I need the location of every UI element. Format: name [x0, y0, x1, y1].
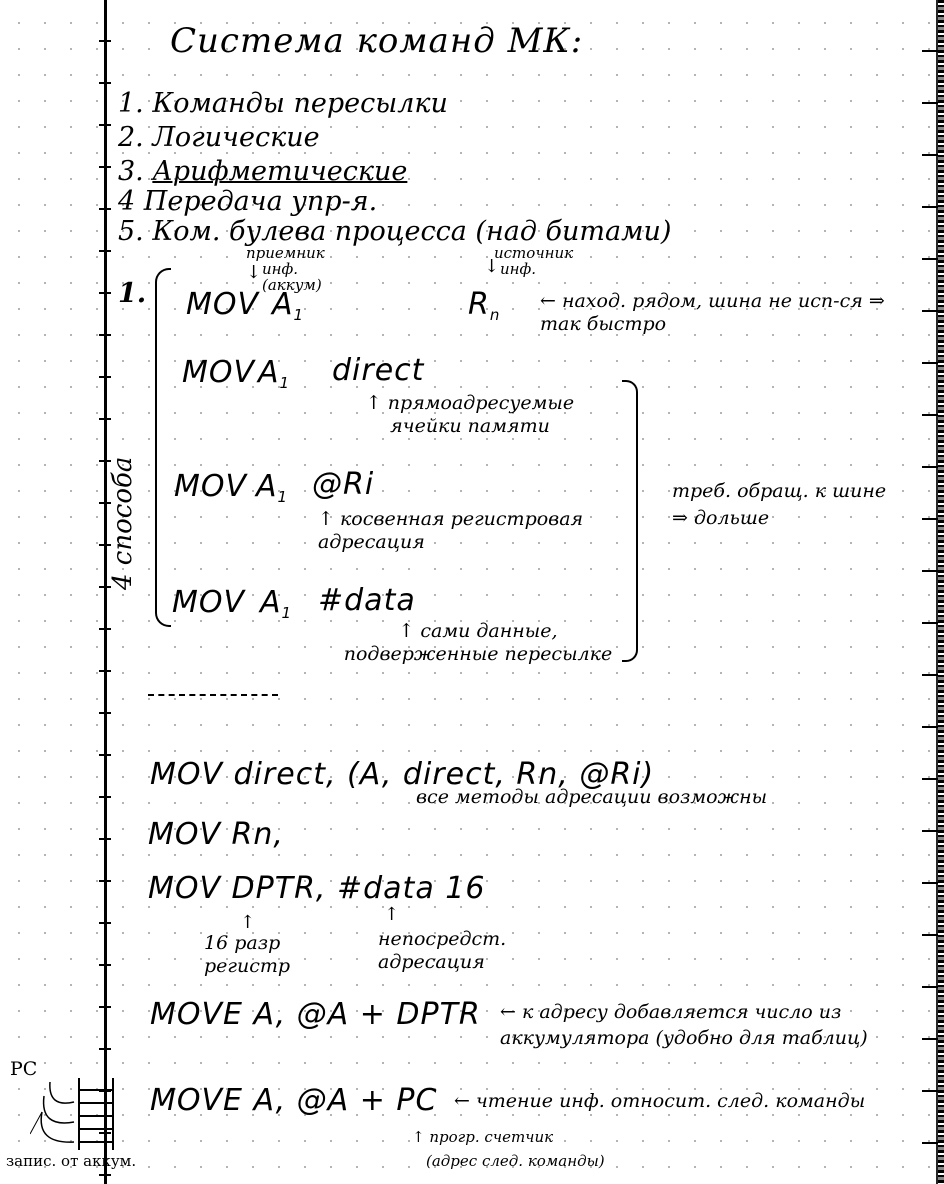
curved-arrows-icon	[30, 1082, 82, 1154]
mov-dst: A1	[258, 358, 290, 391]
code-line: MOV DPTR, #data 16	[148, 874, 485, 904]
mov-src: #data	[318, 586, 416, 616]
list-item: 2. Логические	[118, 124, 320, 151]
mov-op: MOV	[174, 472, 247, 502]
side-diagram-label: PC	[10, 1060, 37, 1079]
up-arrow-icon: ↑	[240, 914, 255, 932]
bracket-note: треб. обращ. к шине ⇒ дольше	[672, 478, 892, 531]
page-title: Система команд МК:	[170, 24, 583, 58]
mov-dst: A1	[256, 472, 288, 505]
mov-src: @Ri	[312, 470, 374, 500]
mov-op: MOV	[182, 358, 255, 388]
source-sub-label: инф.	[500, 262, 536, 277]
dashed-separator	[148, 694, 278, 696]
code-note: ← чтение инф. относит. след. команды	[454, 1092, 865, 1111]
mov-note: ↑ сами данные, подверженные пересылке	[328, 620, 628, 666]
mov-dst: A1	[260, 588, 292, 621]
code-note: ← к адресу добавляется число из аккумуля…	[500, 1000, 880, 1051]
down-arrow-icon: ↓	[246, 264, 261, 282]
up-arrow-icon: ↑	[384, 906, 399, 924]
mov-src: direct	[332, 356, 424, 386]
list-item: 4 Передача упр-я.	[118, 188, 377, 215]
mov-op: MOV	[172, 588, 245, 618]
mov-note: ↑ прямоадресуемые ячейки памяти	[340, 392, 600, 438]
register-stack-icon	[78, 1078, 114, 1150]
mov-dst: A1	[272, 290, 304, 323]
source-label: источник	[494, 246, 573, 261]
receiver-label: приемник	[246, 246, 325, 261]
code-sub-note: ↑ прогр. счетчик	[412, 1130, 553, 1145]
mov-op: MOV	[186, 290, 259, 320]
side-diagram-caption: запис. от аккум.	[6, 1154, 136, 1169]
margin-ticks	[99, 0, 111, 1184]
receiver-sub-label: инф.	[262, 262, 298, 277]
left-brace	[155, 268, 171, 627]
code-line: MOVE A, @A + PC	[150, 1086, 437, 1116]
down-arrow-icon: ↓	[484, 258, 499, 276]
mov-note: ← наход. рядом, шина не исп-ся ⇒ так быс…	[540, 290, 930, 336]
list-item: 3. Арифметические	[118, 158, 407, 185]
mov-src: Rn	[468, 290, 500, 323]
list-item: 1. Команды пересылки	[118, 90, 448, 117]
code-left-note: 16 разр регистр	[204, 932, 314, 978]
right-edge-strip	[938, 0, 944, 1184]
list-item: 5. Ком. булева процесса (над битами)	[118, 218, 671, 245]
mov-note: ↑ косвенная регистровая адресация	[318, 508, 598, 554]
code-line: MOVE A, @A + DPTR	[150, 1000, 481, 1030]
code-line: MOV Rn,	[148, 820, 284, 850]
code-sub-note: (адрес след. команды)	[426, 1154, 605, 1169]
notebook-page: Система команд МК: 1. Команды пересылки …	[0, 0, 944, 1184]
section-number: 1.	[118, 280, 146, 307]
code-note: все методы адресации возможны	[416, 788, 767, 807]
code-right-note: непосредст. адресация	[378, 928, 518, 974]
vertical-label: 4 способа	[108, 457, 138, 590]
